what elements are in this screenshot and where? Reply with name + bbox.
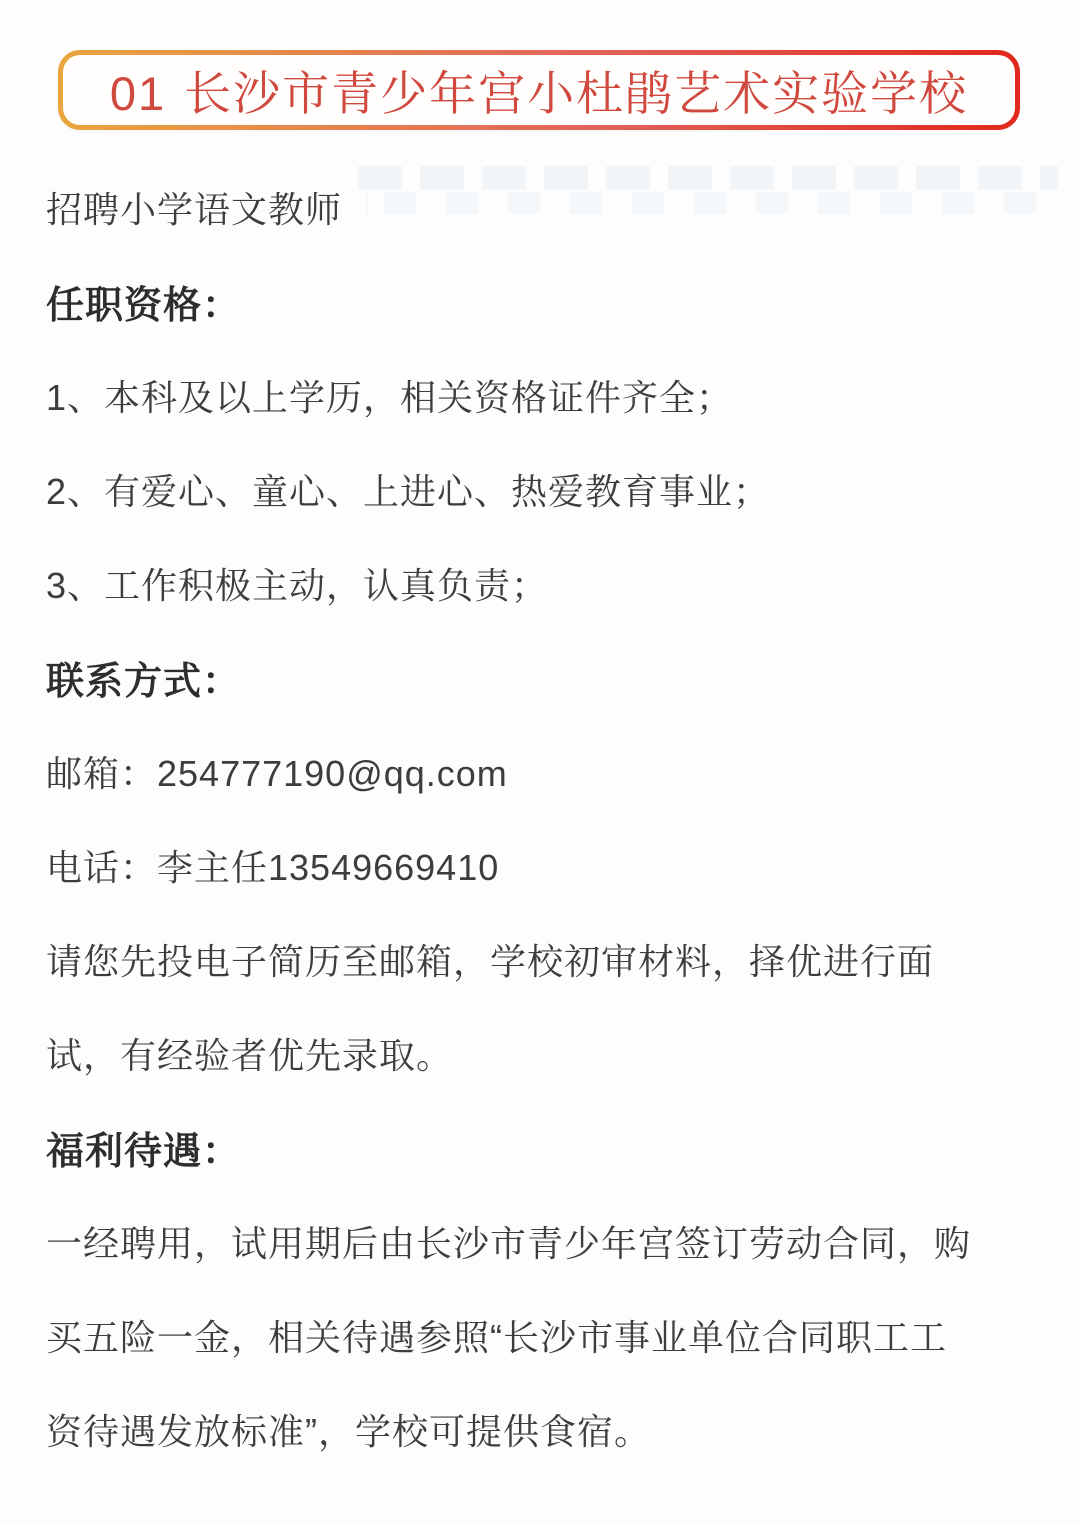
article-body: 招聘小学语文教师 任职资格： 1、本科及以上学历，相关资格证件齐全； 2、有爱心… xyxy=(46,160,1036,1476)
application-note-line-2: 试，有经验者优先录取。 xyxy=(46,1006,1036,1100)
section-heading-benefits: 福利待遇： xyxy=(46,1100,1036,1194)
section-heading-contact: 联系方式： xyxy=(46,630,1036,724)
phone-line: 电话：李主任13549669410 xyxy=(46,818,1036,912)
recruitment-article-page: 01长沙市青少年宫小杜鹃艺术实验学校 招聘小学语文教师 任职资格： 1、本科及以… xyxy=(0,0,1080,1524)
job-position-line: 招聘小学语文教师 xyxy=(46,160,1036,254)
school-index-number: 01 xyxy=(110,67,166,120)
qualification-item-1: 1、本科及以上学历，相关资格证件齐全； xyxy=(46,348,1036,442)
qualification-item-3: 3、工作积极主动，认真负责； xyxy=(46,536,1036,630)
qualification-item-2: 2、有爱心、童心、上进心、热爱教育事业； xyxy=(46,442,1036,536)
school-title-banner-inner: 01长沙市青少年宫小杜鹃艺术实验学校 xyxy=(63,55,1015,125)
section-heading-qualifications: 任职资格： xyxy=(46,254,1036,348)
benefits-line-1: 一经聘用，试用期后由长沙市青少年宫签订劳动合同，购 xyxy=(46,1194,1036,1288)
school-name: 长沙市青少年宫小杜鹃艺术实验学校 xyxy=(184,67,968,120)
benefits-line-3: 资待遇发放标准”，学校可提供食宿。 xyxy=(46,1382,1036,1476)
email-line: 邮箱：254777190@qq.com xyxy=(46,724,1036,818)
benefits-line-2: 买五险一金，相关待遇参照“长沙市事业单位合同职工工 xyxy=(46,1288,1036,1382)
application-note-line-1: 请您先投电子简历至邮箱，学校初审材料，择优进行面 xyxy=(46,912,1036,1006)
school-title: 01长沙市青少年宫小杜鹃艺术实验学校 xyxy=(110,57,968,124)
school-title-banner: 01长沙市青少年宫小杜鹃艺术实验学校 xyxy=(58,50,1020,130)
